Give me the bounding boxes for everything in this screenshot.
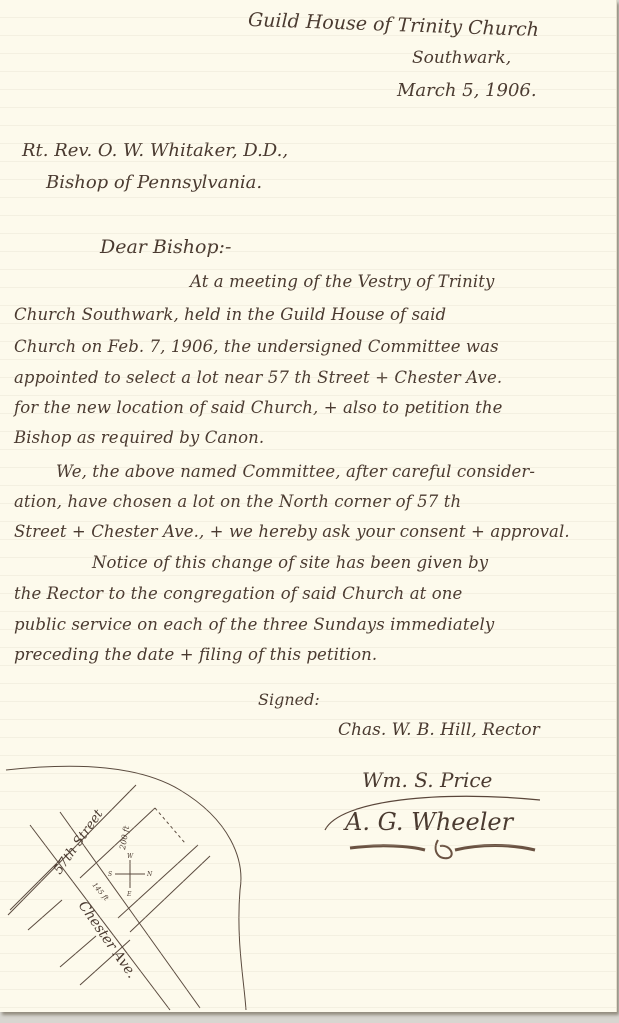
body-line: appointed to select a lot near 57 th Str… [14, 368, 502, 387]
salutation: Dear Bishop:- [100, 236, 231, 258]
body-line: ation, have chosen a lot on the North co… [14, 492, 461, 511]
body-line: preceding the date + filing of this peti… [14, 645, 377, 664]
body-line: for the new location of said Church, + a… [14, 398, 503, 417]
body-line: the Rector to the congregation of said C… [14, 584, 462, 603]
compass-s: S [108, 871, 112, 878]
compass-w: W [127, 853, 134, 860]
addressee-title: Bishop of Pennsylvania. [46, 172, 262, 193]
lot-depth: 200 ft [118, 824, 131, 851]
addressee-name: Rt. Rev. O. W. Whitaker, D.D., [22, 140, 288, 161]
site-map: S N W E 57th Street Chester Ave. 200 ft … [0, 760, 260, 1012]
compass-n: N [146, 871, 153, 878]
lot-frontage: 145 ft [90, 881, 110, 902]
letter-page: Guild House of Trinity Church Southwark,… [0, 0, 617, 1012]
body-line: Church Southwark, held in the Guild Hous… [14, 305, 446, 324]
body-line: Street + Chester Ave., + we hereby ask y… [14, 522, 570, 541]
body-line: We, the above named Committee, after car… [56, 462, 535, 481]
header-locality: Southwark, [412, 48, 511, 68]
compass-icon [115, 860, 145, 888]
compass-e: E [126, 891, 132, 898]
header-date: March 5, 1906. [397, 80, 537, 101]
signature-flourish-icon [320, 780, 560, 870]
header-place: Guild House of Trinity Church [248, 9, 540, 41]
body-line: public service on each of the three Sund… [14, 615, 494, 634]
signature-rector: Chas. W. B. Hill, Rector [338, 720, 540, 740]
signed-label: Signed: [258, 690, 320, 709]
body-line: Notice of this change of site has been g… [92, 553, 488, 572]
body-line: At a meeting of the Vestry of Trinity [190, 272, 494, 291]
body-line: Church on Feb. 7, 1906, the undersigned … [14, 337, 499, 356]
body-line: Bishop as required by Canon. [14, 428, 264, 447]
